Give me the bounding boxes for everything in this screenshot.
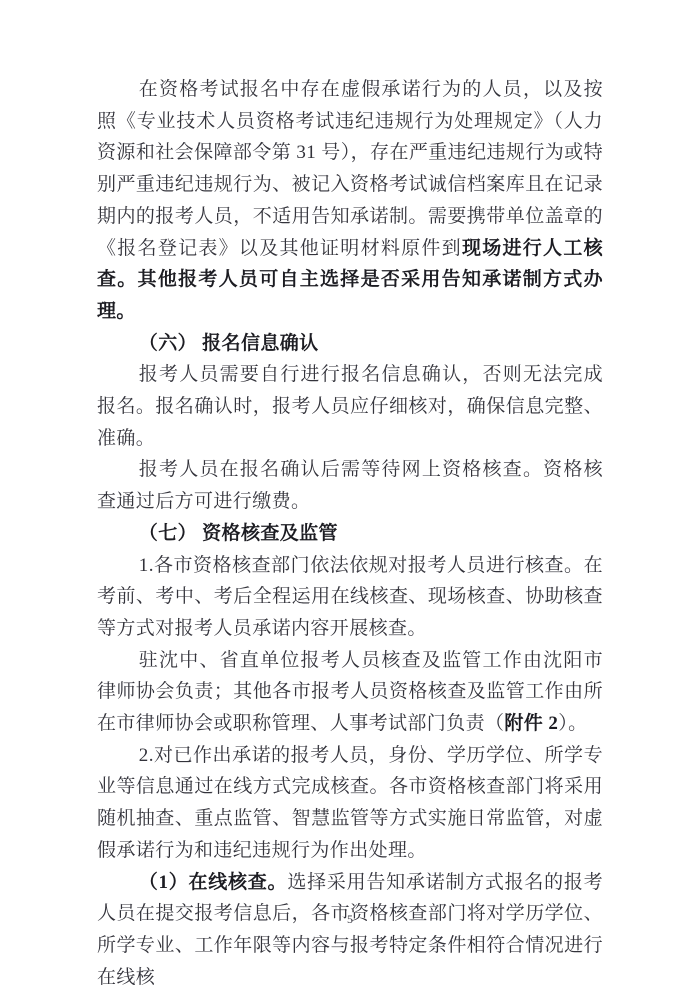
- section-heading: （六） 报名信息确认: [97, 328, 603, 360]
- page-number: 5: [0, 912, 700, 927]
- paragraph: 报考人员需要自行进行报名信息确认，否则无法完成报名。报名确认时，报考人员应仔细核…: [97, 359, 603, 454]
- text-segment: 在资格考试报名中存在虚假承诺行为的人员，以及按照《专业技术人员资格考试违纪违规行…: [97, 79, 603, 259]
- document-page: 在资格考试报名中存在虚假承诺行为的人员，以及按照《专业技术人员资格考试违纪违规行…: [0, 0, 700, 988]
- paragraph: （1）在线核查。选择采用告知承诺制方式报名的报考人员在提交报考信息后，各市资格核…: [97, 867, 603, 988]
- text-segment-bold: （七） 资格核查及监管: [139, 523, 338, 544]
- document-body: 在资格考试报名中存在虚假承诺行为的人员，以及按照《专业技术人员资格考试违纪违规行…: [97, 74, 603, 988]
- section-heading: （七） 资格核查及监管: [97, 518, 603, 550]
- paragraph: 1.各市资格核查部门依法依规对报考人员进行核查。在考前、考中、考后全程运用在线核…: [97, 550, 603, 645]
- paragraph: 驻沈中、省直单位报考人员核查及监管工作由沈阳市律师协会负责；其他各市报考人员资格…: [97, 645, 603, 740]
- paragraph: 2.对已作出承诺的报考人员，身份、学历学位、所学专业等信息通过在线方式完成核查。…: [97, 740, 603, 867]
- paragraph: 在资格考试报名中存在虚假承诺行为的人员，以及按照《专业技术人员资格考试违纪违规行…: [97, 74, 603, 328]
- text-segment: 2.对已作出承诺的报考人员，身份、学历学位、所学专业等信息通过在线方式完成核查。…: [97, 745, 603, 861]
- text-segment: 报考人员需要自行进行报名信息确认，否则无法完成报名。报名确认时，报考人员应仔细核…: [97, 364, 603, 448]
- text-segment-bold: （六） 报名信息确认: [139, 333, 319, 354]
- text-segment-bold: （1）在线核查。: [139, 872, 288, 893]
- text-segment: 1.各市资格核查部门依法依规对报考人员进行核查。在考前、考中、考后全程运用在线核…: [97, 555, 603, 639]
- paragraph: 报考人员在报名确认后需等待网上资格核查。资格核查通过后方可进行缴费。: [97, 454, 603, 517]
- text-segment: 报考人员在报名确认后需等待网上资格核查。资格核查通过后方可进行缴费。: [97, 459, 603, 512]
- text-segment: ）。: [558, 713, 587, 734]
- text-segment-bold: 附件 2: [504, 713, 558, 734]
